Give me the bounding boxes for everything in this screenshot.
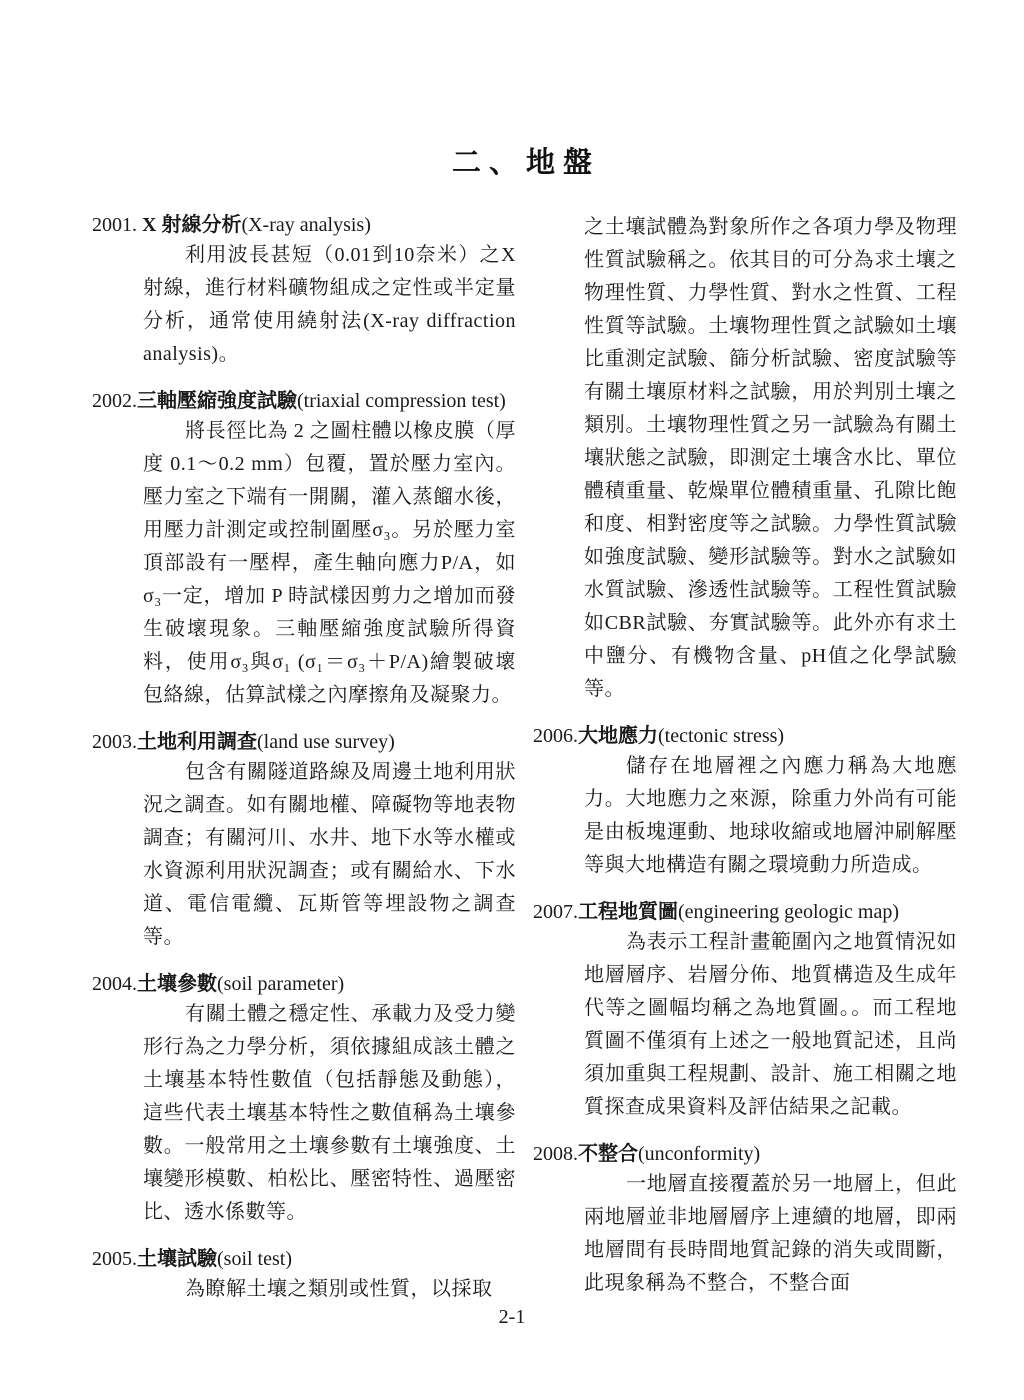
entry-body: 為瞭解土壤之類別或性質，以採取 xyxy=(143,1273,516,1306)
entry-header: 2007.工程地質圖(engineering geologic map) xyxy=(533,898,957,926)
entry-number: 2005. xyxy=(92,1248,137,1270)
two-column-layout: 2001. X 射線分析(X-ray analysis) 利用波長甚短（0.01… xyxy=(92,211,960,1306)
entry-header: 2002.三軸壓縮強度試驗(triaxial compression test) xyxy=(92,387,516,415)
entry-header: 2008.不整合(unconformity) xyxy=(533,1140,957,1168)
entry-number: 2004. xyxy=(92,973,137,995)
entry-header: 2001. X 射線分析(X-ray analysis) xyxy=(92,211,516,239)
entry-number: 2006. xyxy=(533,725,578,747)
entry-header: 2003.土地利用調查(land use survey) xyxy=(92,728,516,756)
glossary-entry-2006: 2006.大地應力(tectonic stress) 儲存在地層裡之內應力稱為大… xyxy=(533,722,957,882)
glossary-entry-2005: 2005.土壤試驗(soil test) 為瞭解土壤之類別或性質，以採取 xyxy=(92,1245,516,1306)
entry-term: 大地應力 xyxy=(578,725,658,747)
glossary-entry-2008: 2008.不整合(unconformity) 一地層直接覆蓋於另一地層上，但此兩… xyxy=(533,1140,957,1300)
entry-body: 利用波長甚短（0.01到10奈米）之X射線，進行材料礦物組成之定性或半定量分析，… xyxy=(143,239,516,371)
entry-body: 包含有關隧道路線及周邊土地利用狀況之調查。如有關地權、障礙物等地表物調查；有關河… xyxy=(143,756,516,954)
page-number: 2-1 xyxy=(0,1306,1024,1329)
entry-body: 有關土體之穩定性、承載力及受力變形行為之力學分析，須依據組成該土體之土壤基本特性… xyxy=(143,998,516,1229)
entry-term-english: (land use survey) xyxy=(257,731,395,753)
entry-term-english: (unconformity) xyxy=(638,1143,760,1165)
entry-header: 2006.大地應力(tectonic stress) xyxy=(533,722,957,750)
entry-body: 儲存在地層裡之內應力稱為大地應力。大地應力之來源，除重力外尚有可能是由板塊運動、… xyxy=(584,750,957,882)
entry-term: 土壤試驗 xyxy=(137,1248,217,1270)
entry-term: 工程地質圖 xyxy=(578,901,678,923)
entry-term-english: (soil parameter) xyxy=(217,973,344,995)
glossary-entry-2001: 2001. X 射線分析(X-ray analysis) 利用波長甚短（0.01… xyxy=(92,211,516,371)
entry-number: 2008. xyxy=(533,1143,578,1165)
glossary-entry-2002: 2002.三軸壓縮強度試驗(triaxial compression test)… xyxy=(92,387,516,712)
entry-number: 2007. xyxy=(533,901,578,923)
entry-number: 2003. xyxy=(92,731,137,753)
entry-body: 為表示工程計畫範圍內之地質情況如地層層序、岩層分佈、地質構造及生成年代等之圖幅均… xyxy=(584,926,957,1124)
entry-term-english: (X-ray analysis) xyxy=(241,214,370,236)
entry-term-english: (tectonic stress) xyxy=(658,725,784,747)
entry-number: 2001. xyxy=(92,214,142,236)
page-title: 二、地盤 xyxy=(92,140,960,181)
entry-term: X 射線分析 xyxy=(142,214,241,236)
glossary-entry-2004: 2004.土壤參數(soil parameter) 有關土體之穩定性、承載力及受… xyxy=(92,970,516,1229)
entry-body: 將長徑比為 2 之圖柱體以橡皮膜（厚度 0.1～0.2 mm）包覆，置於壓力室內… xyxy=(143,415,516,712)
entry-term-english: (soil test) xyxy=(217,1248,292,1270)
entry-term: 不整合 xyxy=(578,1143,638,1165)
entry-header: 2004.土壤參數(soil parameter) xyxy=(92,970,516,998)
right-column: 之土壤試體為對象所作之各項力學及物理性質試驗稱之。依其目的可分為求土壤之物理性質… xyxy=(533,211,957,1300)
entry-term: 土壤參數 xyxy=(137,973,217,995)
glossary-entry-2003: 2003.土地利用調查(land use survey) 包含有關隧道路線及周邊… xyxy=(92,728,516,954)
left-column: 2001. X 射線分析(X-ray analysis) 利用波長甚短（0.01… xyxy=(92,211,516,1306)
entry-header: 2005.土壤試驗(soil test) xyxy=(92,1245,516,1273)
entry-term: 三軸壓縮強度試驗 xyxy=(137,390,297,412)
entry-2005-continuation-body: 之土壤試體為對象所作之各項力學及物理性質試驗稱之。依其目的可分為求土壤之物理性質… xyxy=(584,211,957,706)
entry-term-english: (triaxial compression test) xyxy=(297,390,506,412)
entry-body: 一地層直接覆蓋於另一地層上，但此兩地層並非地層層序上連續的地層，即兩地層間有長時… xyxy=(584,1168,957,1300)
entry-term: 土地利用調查 xyxy=(137,731,257,753)
document-page: 二、地盤 2001. X 射線分析(X-ray analysis) 利用波長甚短… xyxy=(0,0,1024,1400)
entry-number: 2002. xyxy=(92,390,137,412)
entry-term-english: (engineering geologic map) xyxy=(678,901,899,923)
glossary-entry-2007: 2007.工程地質圖(engineering geologic map) 為表示… xyxy=(533,898,957,1124)
